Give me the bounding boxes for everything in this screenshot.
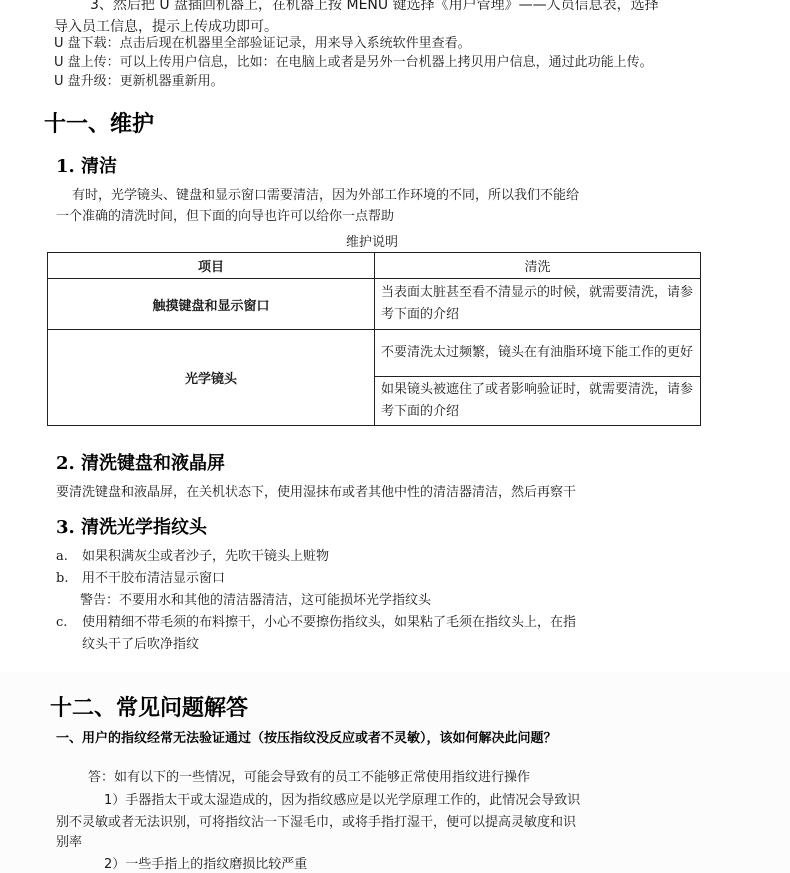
list-item: a.如果积满灰尘或者沙子，先吹干镜头上赃物: [56, 546, 329, 568]
section-3-title: 3. 清洗光学指纹头: [56, 513, 207, 539]
table-header-item: 项目: [48, 253, 375, 279]
warning-text: 警告：不要用水和其他的清洁器清洁，这可能损坏光学指纹头: [80, 590, 431, 612]
list-item: b.用不干胶布清洁显示窗口: [56, 568, 225, 590]
table-row: 光学镜头 不要清洗太过频繁，镜头在有油脂环境下能工作的更好: [48, 330, 701, 377]
table-cell-description: 不要清洗太过频繁，镜头在有油脂环境下能工作的更好: [375, 330, 701, 377]
list-marker: b.: [56, 568, 82, 590]
list-item-text: 用不干胶布清洁显示窗口: [82, 571, 225, 586]
table-cell-item: 触摸键盘和显示窗口: [48, 279, 375, 330]
document-page: 3、然后把 U 盘插回机器上，在机器上按 MENU 键选择《用户管理》——人员信…: [0, 0, 790, 873]
table-caption: 维护说明: [346, 231, 398, 250]
table-cell-description: 如果镜头被遮住了或者影响验证时，就需要清洗，请参考下面的介绍: [375, 377, 701, 426]
chapter-12-title: 十二、常见问题解答: [50, 691, 248, 722]
list-marker: c.: [56, 612, 82, 634]
section-2-para: 要清洗键盘和液晶屏，在关机状态下，使用湿抹布或者其他中性的清洁器清洁，然后再察干: [56, 482, 576, 504]
table-cell-description: 当表面太脏甚至看不清显示的时候，就需要清洗，请参考下面的介绍: [375, 279, 701, 330]
table-cell-item: 光学镜头: [48, 330, 375, 426]
maintenance-table: 项目 清洗 触摸键盘和显示窗口 当表面太脏甚至看不清显示的时候，就需要清洗，请参…: [47, 252, 701, 426]
faq-reason-1-line3: 别率: [56, 832, 82, 854]
chapter-11-title: 十一、维护: [44, 107, 154, 138]
intro-step3-line1: 3、然后把 U 盘插回机器上，在机器上按 MENU 键选择《用户管理》——人员信…: [90, 0, 659, 16]
table-row: 触摸键盘和显示窗口 当表面太脏甚至看不清显示的时候，就需要清洗，请参考下面的介绍: [48, 279, 701, 330]
section-1-title: 1. 清洁: [56, 152, 117, 178]
usb-upgrade-text: U 盘升级：更新机器重新用。: [54, 71, 224, 93]
section-1-para-line2: 一个准确的清洗时间，但下面的向导也许可以给你一点帮助: [56, 206, 394, 228]
list-item-text: 使用精细不带毛须的布料擦干，小心不要擦伤指纹头，如果粘了毛须在指纹头上，在指: [82, 615, 576, 630]
list-item-text: 如果积满灰尘或者沙子，先吹干镜头上赃物: [82, 549, 329, 564]
section-2-title: 2. 清洗键盘和液晶屏: [56, 449, 225, 475]
table-header-row: 项目 清洗: [48, 253, 701, 279]
faq-answer-intro: 答：如有以下的一些情况，可能会导致有的员工不能够正常使用指纹进行操作: [88, 767, 530, 789]
faq-reason-2: 2）一些手指上的指纹磨损比较严重: [104, 854, 307, 873]
section-1-para-line1: 有时，光学镜头、键盘和显示窗口需要清洁，因为外部工作环境的不同，所以我们不能给: [72, 185, 579, 207]
list-item-continuation: 纹头干了后吹净指纹: [82, 634, 199, 656]
list-item: c.使用精细不带毛须的布料擦干，小心不要擦伤指纹头，如果粘了毛须在指纹头上，在指: [56, 612, 576, 634]
faq-reason-1-line1: 1）手器指太干或太湿造成的，因为指纹感应是以光学原理工作的，此情况会导致识: [104, 790, 580, 812]
table-header-cleaning: 清洗: [375, 253, 701, 279]
list-marker: a.: [56, 546, 82, 568]
faq-reason-1-line2: 别不灵敏或者无法识别，可将指纹沾一下湿毛巾，或将手指打湿干，便可以提高灵敏度和识: [56, 812, 576, 834]
faq-question-1: 一、用户的指纹经常无法验证通过（按压指纹没反应或者不灵敏），该如何解决此问题？: [56, 727, 557, 746]
